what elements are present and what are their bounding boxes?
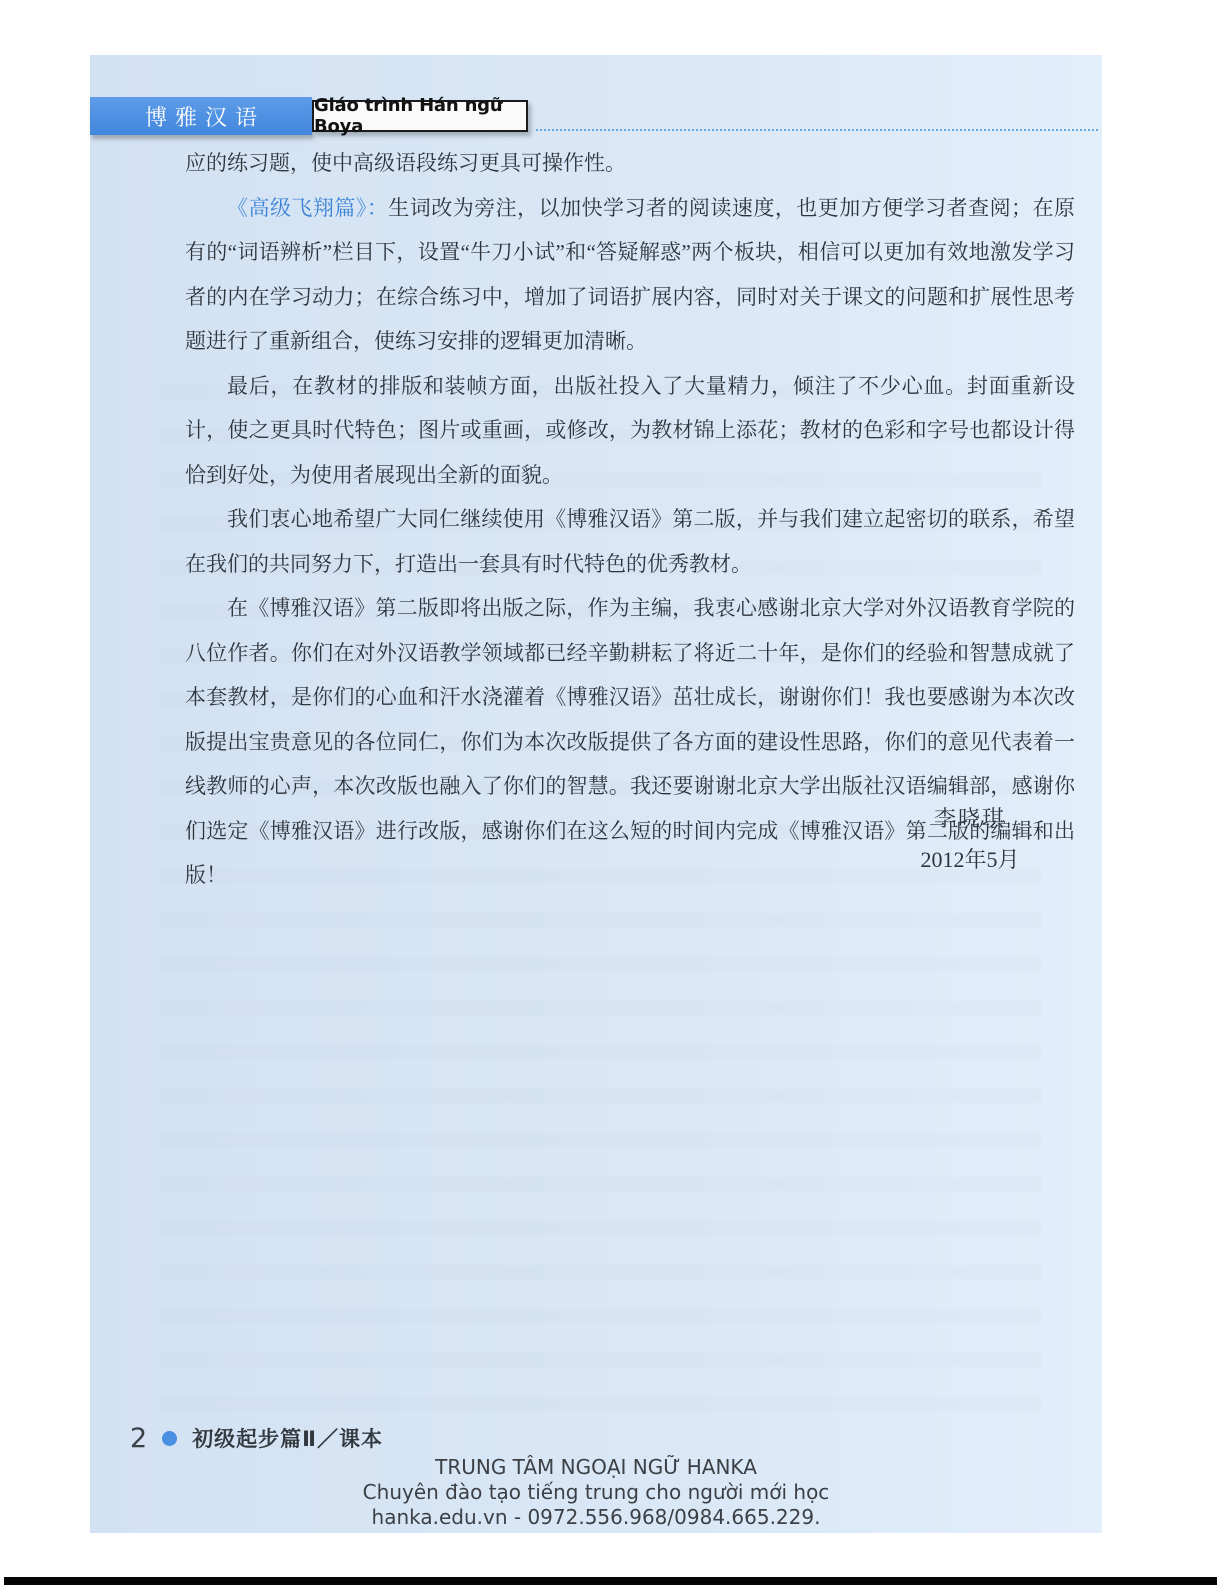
paragraph-text: 最后，在教材的排版和装帧方面，出版社投入了大量精力，倾注了不少心血。封面重新设计… [185, 374, 1075, 487]
page-footer: 2 初级起步篇Ⅱ／课本 [130, 1423, 383, 1453]
series-title: Giáo trình Hán ngữ Boya [314, 95, 526, 137]
book-page: 博雅汉语 Giáo trình Hán ngữ Boya 应的练习题，使中高级语… [90, 55, 1102, 1533]
book-series-label: 初级起步篇Ⅱ／课本 [192, 1423, 383, 1453]
paragraph-text: 应的练习题，使中高级语段练习更具可操作性。 [185, 151, 626, 175]
watermark-contact: hanka.edu.vn - 0972.556.968/0984.665.229… [90, 1505, 1102, 1530]
series-title-box: Giáo trình Hán ngữ Boya [312, 100, 528, 132]
scan-edge-bar [4, 1577, 1217, 1585]
watermark-tagline: Chuyên đào tạo tiếng trung cho người mới… [90, 1480, 1102, 1505]
paragraph-layout-design: 最后，在教材的排版和装帧方面，出版社投入了大量精力，倾注了不少心血。封面重新设计… [185, 364, 1075, 498]
signature-date: 2012年5月 [830, 842, 1110, 878]
signature-block: 李晓琪 2012年5月 [830, 801, 1110, 878]
paragraph-advanced-volume: 《高级飞翔篇》：生词改为旁注，以加快学习者的阅读速度，也更加方便学习者查阅；在原… [185, 186, 1075, 364]
book-volume-title: 《高级飞翔篇》： [227, 196, 388, 220]
page-number: 2 [130, 1423, 147, 1454]
paragraph-text: 我们衷心地希望广大同仁继续使用《博雅汉语》第二版，并与我们建立起密切的联系，希望… [185, 507, 1075, 576]
hanka-watermark: TRUNG TÂM NGOẠI NGỮ HANKA Chuyên đào tạo… [90, 1455, 1102, 1530]
header-dotted-rule [536, 129, 1098, 131]
brand-title: 博雅汉语 [137, 101, 265, 132]
bullet-dot-icon [162, 1431, 177, 1446]
author-name: 李晓琪 [830, 801, 1110, 837]
preface-text: 应的练习题，使中高级语段练习更具可操作性。 《高级飞翔篇》：生词改为旁注，以加快… [185, 141, 1075, 898]
header-brand-bar: 博雅汉语 [90, 97, 312, 135]
watermark-center-name: TRUNG TÂM NGOẠI NGỮ HANKA [90, 1455, 1102, 1480]
paragraph-hope: 我们衷心地希望广大同仁继续使用《博雅汉语》第二版，并与我们建立起密切的联系，希望… [185, 497, 1075, 586]
paragraph-continuation: 应的练习题，使中高级语段练习更具可操作性。 [185, 141, 1075, 186]
